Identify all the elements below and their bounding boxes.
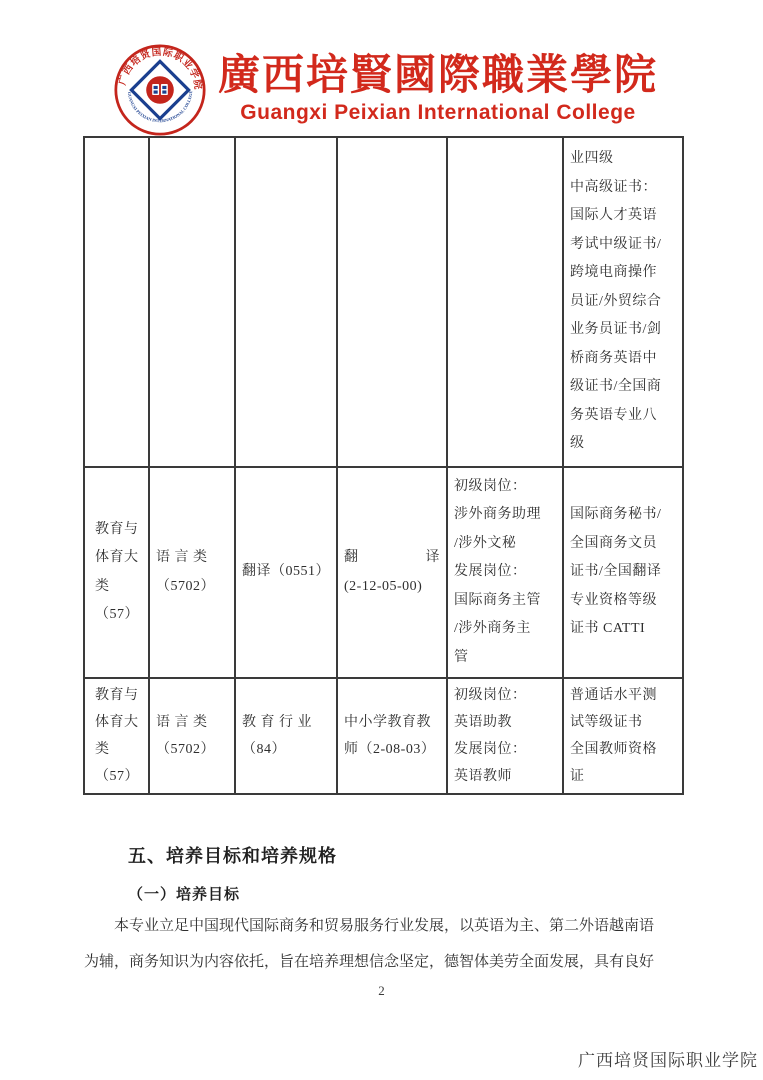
section-heading: 五、培养目标和培养规格 xyxy=(128,842,337,868)
major-category-table: 业四级 中高级证书： 国际人才英语 考试中级证书/ 跨境电商操作 员证/外贸综合… xyxy=(83,136,684,795)
table-cell-r2c4-occupation: 翻 译 (2-12-05-00) xyxy=(338,468,448,679)
table-cell-r3c3-industry: 教 育 行 业 （84） xyxy=(236,679,338,793)
table-cell-r2c1-category: 教育与 体育大 类（57） xyxy=(85,468,150,679)
table-cell-r1c1 xyxy=(85,138,150,468)
college-logo-icon: 广西培贤国际职业学院 GUANGXI PEIXIAN INTERNATIONAL… xyxy=(114,44,206,136)
table-cell-r3c2-class: 语 言 类 （5702） xyxy=(150,679,236,793)
table-cell-r2c5-positions: 初级岗位： 涉外商务助理 /涉外文秘 发展岗位： 国际商务主管 /涉外商务主 管 xyxy=(448,468,564,679)
table-cell-r3c4-occupation: 中小学教育教 师（2-08-03） xyxy=(338,679,448,793)
page-number: 2 xyxy=(0,983,763,999)
occupation-name-spread: 翻 译 xyxy=(344,544,440,573)
college-titles: 廣西培賢國際職業學院 Guangxi Peixian International… xyxy=(208,50,668,126)
table-cell-r1c3 xyxy=(236,138,338,468)
table-cell-r3c6-certificates: 普通话水平测 试等级证书 全国教师资格 证 xyxy=(564,679,682,793)
college-header: 广西培贤国际职业学院 GUANGXI PEIXIAN INTERNATIONAL… xyxy=(0,0,763,140)
occupation-code: (2-12-05-00) xyxy=(344,573,440,602)
table-cell-r3c1-category: 教育与 体育大 类（57） xyxy=(85,679,150,793)
training-objective-paragraph: 本专业立足中国现代国际商务和贸易服务行业发展，以英语为主、第二外语越南语 为辅，… xyxy=(84,908,688,980)
college-title-chinese: 廣西培賢國際職業學院 xyxy=(208,50,668,100)
occupation-char-left: 翻 xyxy=(344,544,359,573)
college-title-english: Guangxi Peixian International College xyxy=(208,100,668,126)
table-cell-r2c3-major: 翻译（0551） xyxy=(236,468,338,679)
table-cell-r1c4 xyxy=(338,138,448,468)
table-cell-r3c5-positions: 初级岗位： 英语助教 发展岗位： 英语教师 xyxy=(448,679,564,793)
occupation-char-right: 译 xyxy=(426,544,441,573)
table-cell-r1c5 xyxy=(448,138,564,468)
table-cell-r2c6-certificates: 国际商务秘书/ 全国商务文员 证书/全国翻译 专业资格等级 证书 CATTI xyxy=(564,468,682,679)
footer-college-name: 广西培贤国际职业学院 xyxy=(578,1046,758,1071)
table-cell-r1c2 xyxy=(150,138,236,468)
table-cell-r1c6-certificates: 业四级 中高级证书： 国际人才英语 考试中级证书/ 跨境电商操作 员证/外贸综合… xyxy=(564,138,682,468)
table-cell-r2c2-class: 语 言 类 （5702） xyxy=(150,468,236,679)
section-subheading: （一）培养目标 xyxy=(128,883,240,904)
